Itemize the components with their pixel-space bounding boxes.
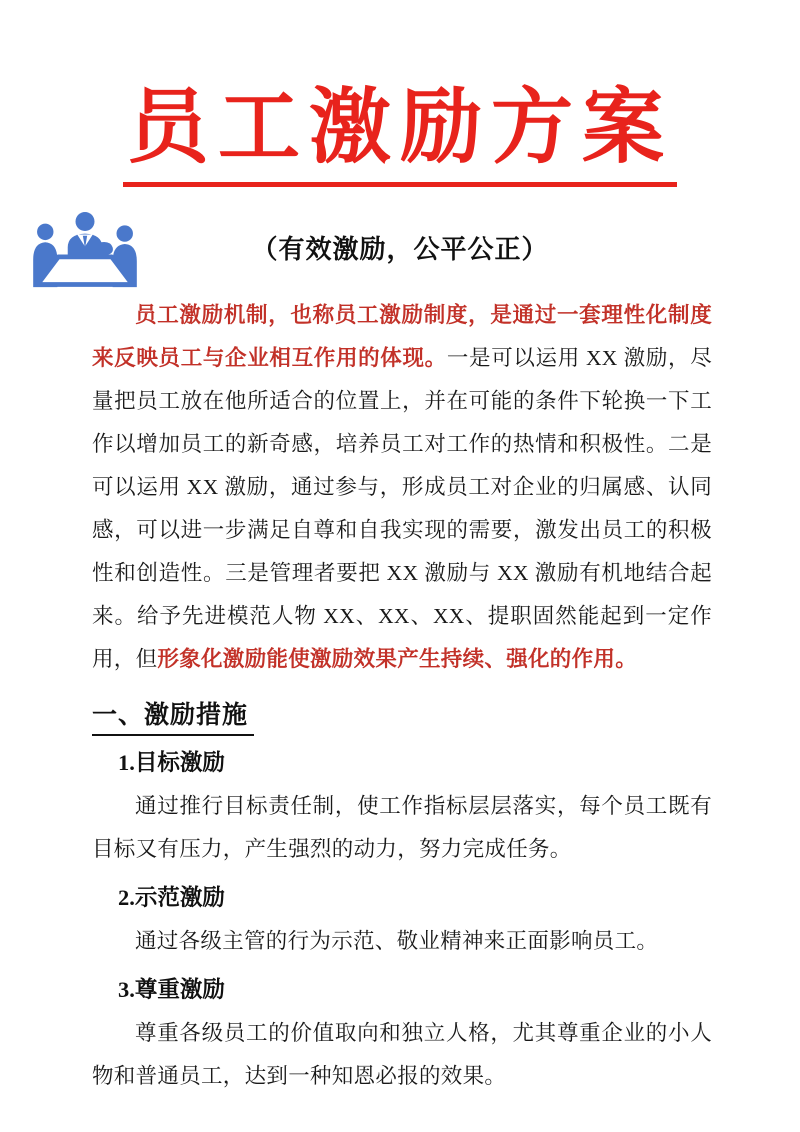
meeting-people-icon <box>28 211 142 294</box>
title-block: 员工激励方案 <box>0 0 800 187</box>
measure-2-title: 2.示范激励 <box>118 882 712 914</box>
section-heading: 一、激励措施 <box>92 695 254 736</box>
page-title: 员工激励方案 <box>123 84 677 187</box>
measure-1-body: 通过推行目标责任制，使工作指标层层落实，每个员工既有目标又有压力，产生强烈的动力… <box>92 785 712 871</box>
section-heading-row: 一、激励措施 <box>92 695 800 736</box>
intro-red-tail: 形象化激励能使激励效果产生持续、强化的作用。 <box>157 647 637 671</box>
intro-body: 一是可以运用 XX 激励，尽量把员工放在他所适合的位置上，并在可能的条件下轮换一… <box>92 346 712 671</box>
measure-1-title: 1.目标激励 <box>118 747 712 779</box>
measure-2-body: 通过各级主管的行为示范、敬业精神来正面影响员工。 <box>92 920 712 963</box>
document-page: 员工激励方案 （有效激励，公平公正） 员工激励机制，也称员工激励制度，是通过一套… <box>0 0 800 1132</box>
intro-paragraph: 员工激励机制，也称员工激励制度，是通过一套理性化制度来反映员工与企业相互作用的体… <box>92 294 712 681</box>
measure-3-title: 3.尊重激励 <box>118 974 712 1006</box>
measure-3-body: 尊重各级员工的价值取向和独立人格，尤其尊重企业的小人物和普通员工，达到一种知恩必… <box>92 1012 712 1098</box>
